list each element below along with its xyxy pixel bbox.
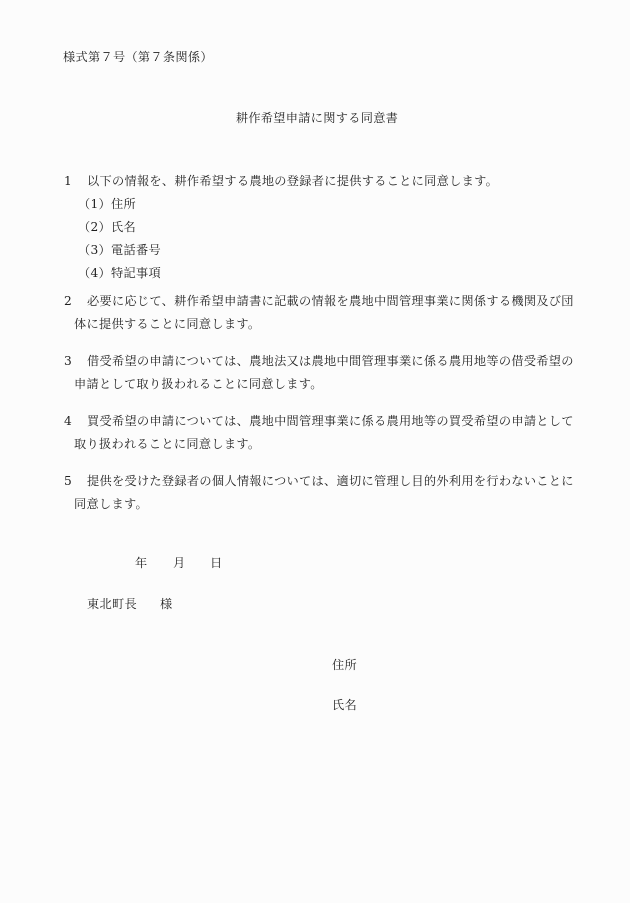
subitem-phone: （3）電話番号 xyxy=(78,244,161,256)
item-text-continued: 同意します。 xyxy=(74,498,148,510)
item-number: 1 xyxy=(64,175,87,187)
item-text: 提供を受けた登録者の個人情報については、適切に管理し目的外利用を行わないことに xyxy=(87,474,574,488)
applicant-address-field[interactable]: 住所 xyxy=(332,659,357,671)
consent-item-4: 4買受希望の申請については、農地中間管理事業に係る農用地等の買受希望の申請として xyxy=(64,415,574,427)
document-title: 耕作希望申請に関する同意書 xyxy=(0,112,630,124)
form-number: 様式第７号（第７条関係） xyxy=(63,51,213,63)
item-number: 2 xyxy=(64,295,87,307)
consent-item-1: 1以下の情報を、耕作希望する農地の登録者に提供することに同意します。 xyxy=(64,175,498,187)
subitem-remarks: （4）特記事項 xyxy=(78,267,161,279)
subitem-name: （2）氏名 xyxy=(78,221,136,233)
item-text-continued: 取り扱われることに同意します。 xyxy=(74,438,260,450)
item-text: 必要に応じて、耕作希望申請書に記載の情報を農地中間管理事業に関係する機関及び団 xyxy=(87,294,574,308)
item-text: 借受希望の申請については、農地法又は農地中間管理事業に係る農用地等の借受希望の xyxy=(87,354,574,368)
addressee-honorific: 様 xyxy=(160,598,173,610)
item-text-continued: 体に提供することに同意します。 xyxy=(74,318,260,330)
date-month-field[interactable]: 月 xyxy=(173,557,186,569)
addressee-name: 東北町長 xyxy=(87,598,137,610)
item-number: 5 xyxy=(64,475,87,487)
consent-item-5: 5提供を受けた登録者の個人情報については、適切に管理し目的外利用を行わないことに xyxy=(64,475,574,487)
consent-item-3: 3借受希望の申請については、農地法又は農地中間管理事業に係る農用地等の借受希望の xyxy=(64,355,574,367)
date-day-field[interactable]: 日 xyxy=(210,557,223,569)
item-number: 4 xyxy=(64,415,87,427)
date-year-field[interactable]: 年 xyxy=(135,557,148,569)
item-text-continued: 申請として取り扱われることに同意します。 xyxy=(74,378,323,390)
subitem-address: （1）住所 xyxy=(78,198,136,210)
item-text: 以下の情報を、耕作希望する農地の登録者に提供することに同意します。 xyxy=(87,174,498,188)
item-number: 3 xyxy=(64,355,87,367)
consent-item-2: 2必要に応じて、耕作希望申請書に記載の情報を農地中間管理事業に関係する機関及び団 xyxy=(64,295,574,307)
applicant-name-field[interactable]: 氏名 xyxy=(332,699,357,711)
document-title-text: 耕作希望申請に関する同意書 xyxy=(236,112,398,124)
item-text: 買受希望の申請については、農地中間管理事業に係る農用地等の買受希望の申請として xyxy=(87,414,574,428)
